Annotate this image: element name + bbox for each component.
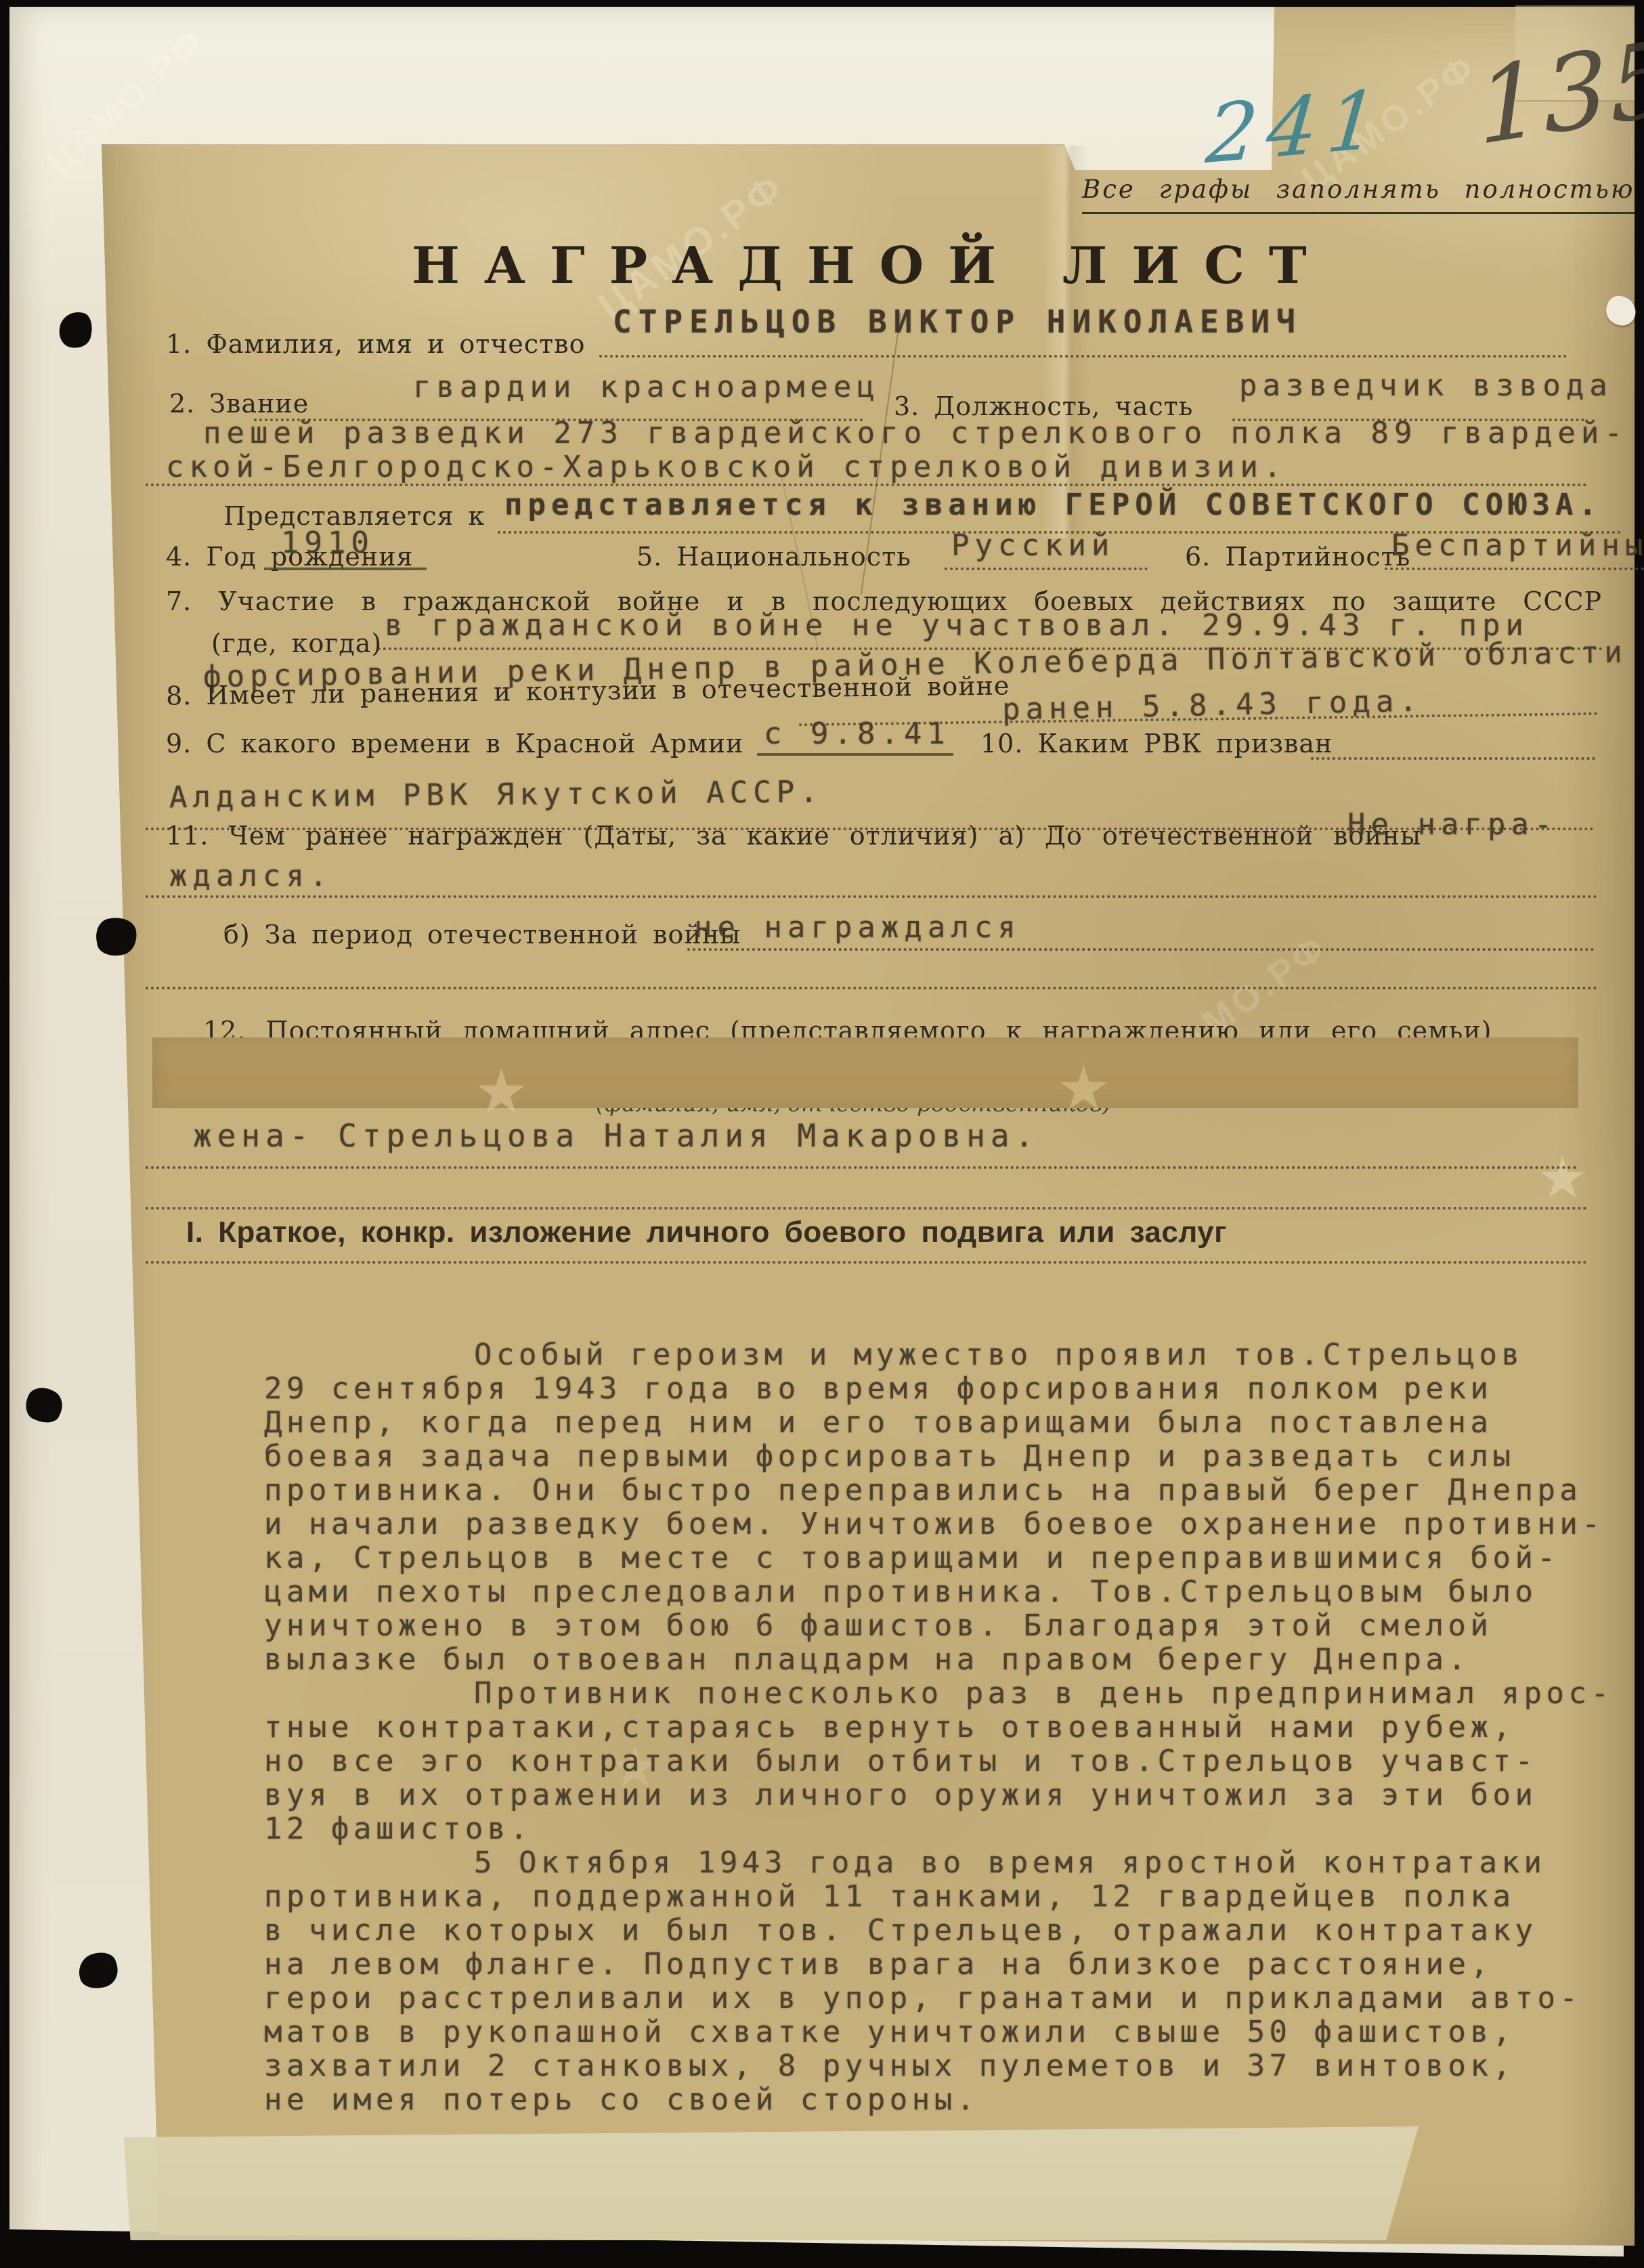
dotted-line xyxy=(1385,568,1644,570)
dotted-line xyxy=(1311,757,1595,760)
field2-label: 2. Звание xyxy=(169,389,309,419)
field2-value: гвардии красноармеец xyxy=(413,370,880,404)
redacted-address-block xyxy=(152,1037,1578,1108)
underline xyxy=(757,753,953,756)
award-sheet-scan: ЦАМО.РФ ЦАМО.РФ ЦАМО.РФ ЦАМО.РФ ★ ★ ★ ★ … xyxy=(0,0,1644,2268)
dotted-line xyxy=(146,1166,1578,1169)
field3-value-line3: ской-Белгородско-Харьковской стрелковой … xyxy=(166,450,1287,484)
citation-line: цами пехоты преследовали противника. Тов… xyxy=(264,1575,1537,1609)
citation-line: в числе которых и был тов. Стрельцев, от… xyxy=(264,1913,1537,1948)
field11-value-part2: ждался. xyxy=(169,859,332,893)
field11-label: 11. Чем ранее награжден (Даты, за какие … xyxy=(166,821,1421,851)
dotted-line xyxy=(146,895,1598,898)
citation-line: вылазке был отвоеван плацдарм на правом … xyxy=(264,1642,1470,1677)
field7-value-line1: в гражданской войне не участвовал. 29.9.… xyxy=(385,608,1529,643)
citation-line: противника. Они быстро переправились на … xyxy=(264,1473,1582,1507)
field11b-value: не награждался xyxy=(694,910,1021,945)
dotted-line xyxy=(146,1261,1588,1264)
citation-line: захватили 2 станковых, 8 ручных пулемето… xyxy=(264,2049,1515,2083)
dotted-line xyxy=(146,1207,1588,1210)
citation-line: тные контратаки,стараясь вернуть отвоева… xyxy=(264,1710,1515,1745)
field4-value: 1910 xyxy=(281,526,374,560)
field9-value: с 9.8.41 xyxy=(764,716,951,751)
dotted-line xyxy=(146,484,1588,486)
citation-line: ка, Стрельцов в месте с товарищами и пер… xyxy=(264,1541,1559,1575)
citation-line: герои расстреливали их в упор, гранатами… xyxy=(264,1981,1582,2015)
field7-sublabel: (где, когда) xyxy=(211,628,382,658)
dotted-line xyxy=(146,987,1598,989)
citation-line: вуя в их отражении из личного оружия уни… xyxy=(264,1778,1537,1812)
citation-line: 29 сентября 1943 года во время форсирова… xyxy=(264,1371,1492,1406)
citation-line: уничтожено в этом бою 6 фашистов. Благод… xyxy=(264,1608,1492,1643)
form-title: НАГРАДНОЙ ЛИСТ xyxy=(412,236,1331,295)
citation-line: 12 фашистов. xyxy=(264,1812,532,1846)
citation-line: боевая задача первыми форсировать Днепр … xyxy=(264,1439,1515,1474)
citation-line: Особый героизм и мужество проявил тов.Ст… xyxy=(474,1338,1524,1372)
field1-value: СТРЕЛЬЦОВ ВИКТОР НИКОЛАЕВИЧ xyxy=(613,303,1302,340)
fill-all-fields-instruction: Все графы заполнять полностью xyxy=(1082,175,1635,214)
field11b-label: б) За период отечественной войны xyxy=(223,920,741,949)
underline xyxy=(264,568,427,570)
field3-value: разведчик взвода xyxy=(1239,368,1613,403)
field1-label: 1. Фамилия, имя и отчество xyxy=(166,329,585,359)
field12-value: жена- Стрельцова Наталия Макаровна. xyxy=(193,1117,1039,1154)
field5-label: 5. Национальность xyxy=(636,542,911,572)
citation-line: но все эго контратаки были отбиты и тов.… xyxy=(264,1744,1537,1778)
dotted-line xyxy=(945,568,1148,570)
field11-value-part1: Не награ- xyxy=(1347,807,1557,842)
field5-value: Русский xyxy=(951,528,1115,563)
dotted-line xyxy=(599,355,1567,358)
section1-heading: I. Краткое, конкр. изложение личного бое… xyxy=(186,1216,1227,1249)
field10-label: 10. Каким РВК призван xyxy=(980,729,1333,758)
citation-line: и начали разведку боем. Уничтожив боевое… xyxy=(264,1507,1604,1541)
field3-value-line2: пешей разведки 273 гвардейского стрелков… xyxy=(203,416,1628,450)
presented-value: представляется к званию ГЕРОЙ СОВЕТСКОГО… xyxy=(504,488,1602,522)
paper-patch xyxy=(124,2126,1419,2240)
citation-line: противника, поддержанной 11 танками, 12 … xyxy=(264,1879,1515,1914)
citation-line: на левом фланге. Подпустив врага на близ… xyxy=(264,1947,1492,1982)
citation-line: 5 Октября 1943 года во время яростной ко… xyxy=(474,1845,1546,1880)
citation-line: не имея потерь со своей стороны. xyxy=(264,2082,979,2117)
field6-value: Беспартийный xyxy=(1391,528,1644,563)
dotted-line xyxy=(687,948,1595,951)
field10-value: Алданским РВК Якутской АССР. xyxy=(169,775,823,815)
field9-label: 9. С какого времени в Красной Армии xyxy=(166,729,743,758)
citation-line: Днепр, когда перед ним и его товарищами … xyxy=(264,1405,1492,1440)
citation-line: Противник понесколько раз в день предпри… xyxy=(474,1676,1614,1711)
handwritten-page-number-blue: 241 xyxy=(1203,72,1391,182)
field6-label: 6. Партийность xyxy=(1185,542,1410,572)
citation-line: матов в рукопашной схватке уничтожили св… xyxy=(264,2015,1515,2049)
